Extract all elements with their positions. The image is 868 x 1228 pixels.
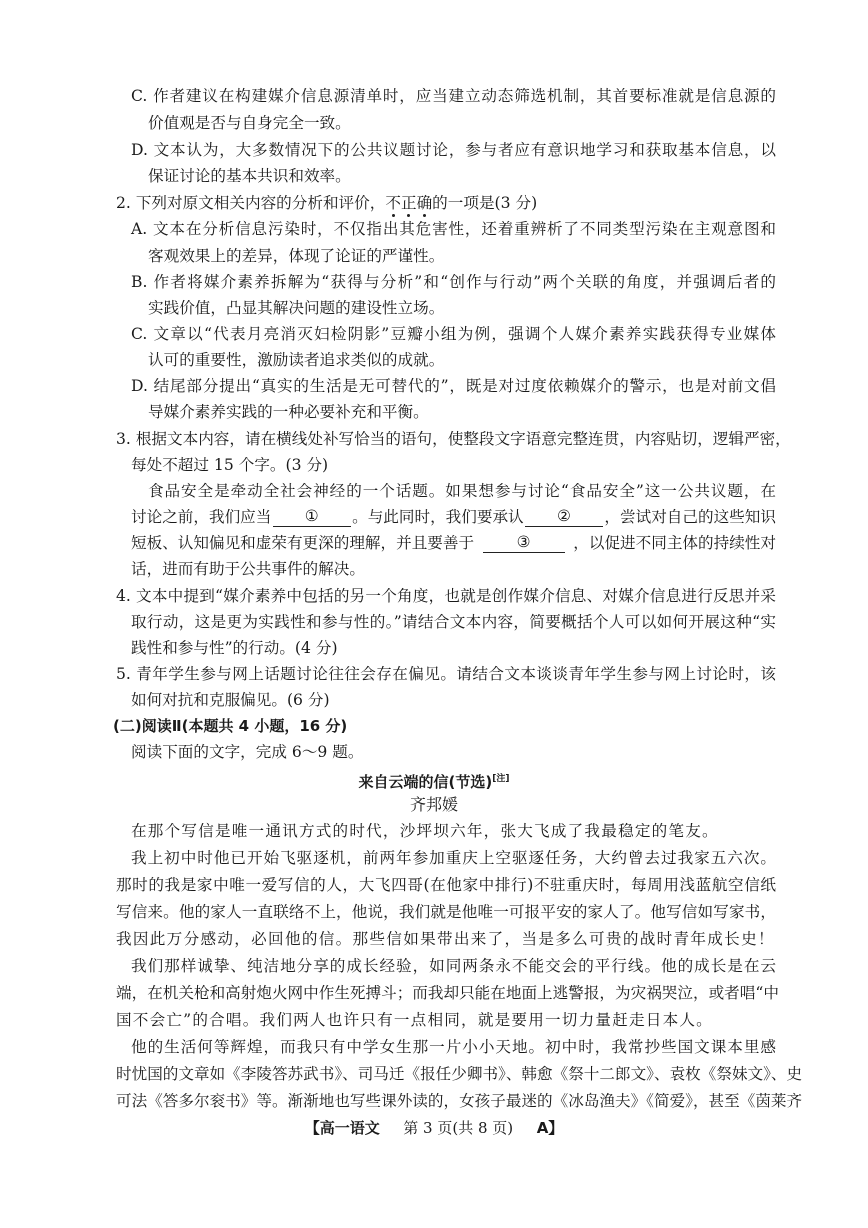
q3-stem-line2: 每处不超过 15 个字。(3 分): [131, 455, 328, 475]
section-instruction: 阅读下面的文字，完成 6～9 题。: [131, 742, 363, 762]
blank-1[interactable]: ①: [273, 507, 351, 527]
emphasis-char: 确: [417, 194, 433, 212]
passage-line: 可法《答多尔衮书》等。渐渐地也写些课外读的，女孩子最迷的《冰岛渔夫》《简爱》，甚…: [116, 1091, 776, 1111]
q2-option-b-line2: 实践价值，凸显其解决问题的建设性立场。: [148, 298, 444, 318]
section-heading: (二)阅读Ⅱ(本题共 4 小题，16 分): [113, 716, 347, 736]
q2-option-b-line1: B. 作者将媒介素养拆解为“获得与分析”和“创作与行动”两个关联的角度，并强调后…: [131, 272, 776, 292]
q3-stem-line1: 3. 根据文本内容，请在横线处补写恰当的语句，使整段文字语意完整连贯，内容贴切，…: [116, 429, 776, 449]
q3-passage-line2: 讨论之前，我们应当 ① 。与此同时，我们要承认 ② ，尝试对自己的这些知识: [131, 507, 776, 527]
passage-line: 那时的我是家中唯一爱写信的人，大飞四哥(在他家中排行)不驻重庆时，每周用浅蓝航空…: [116, 875, 776, 895]
passage-line: 在那个写信是唯一通讯方式的时代，沙坪坝六年，张大飞成了我最稳定的笔友。: [131, 821, 719, 841]
q2-option-c-line1: C. 文章以“代表月亮消灭妇检阴影”豆瓣小组为例，强调个人媒介素养实践获得专业媒…: [131, 324, 776, 344]
q1-option-d-line2: 保证讨论的基本共识和效率。: [148, 166, 351, 186]
passage-title: 来自云端的信(节选)[注]: [0, 769, 868, 792]
emphasis-char: 不: [385, 194, 401, 212]
q3-passage-line4: 话，进而有助于公共事件的解决。: [131, 559, 365, 579]
q5-line2: 如何对抗和克服偏见。(6 分): [131, 690, 330, 710]
passage-line: 他的生活何等辉煌，而我只有中学女生那一片小小天地。初中时，我常抄些国文课本里感: [131, 1037, 776, 1057]
note-marker: [注]: [492, 774, 509, 784]
footer-page-info: 第 3 页(共 8 页): [403, 1119, 513, 1137]
passage-line: 我上初中时他已开始飞驱逐机，前两年参加重庆上空驱逐任务，大约曾去过我家五六次。: [131, 848, 776, 868]
passage-line: 我们那样诚挚、纯洁地分享的成长经验，如同两条永不能交会的平行线。他的成长是在云: [131, 956, 776, 976]
page-footer: 【高一语文 第 3 页(共 8 页) A】: [0, 1118, 868, 1138]
q2-option-a-line2: 客观效果上的差异，体现了论证的严谨性。: [148, 246, 444, 266]
q1-option-c-line2: 价值观是否与自身完全一致。: [148, 113, 351, 133]
passage-line: 写信来。他的家人一直联络不上，他说，我们就是他唯一可报平安的家人了。他写信如写家…: [116, 902, 776, 922]
passage-line: 国不会亡”的合唱。我们两人也许只有一点相同，就是要用一切力量赶走日本人。: [116, 1010, 713, 1030]
emphasis-char: 正: [401, 194, 417, 212]
q2-option-d-line2: 导媒介素养实践的一种必要补充和平衡。: [148, 402, 429, 422]
passage-line: 时忧国的文章如《李陵答苏武书》、司马迁《报任少卿书》、韩愈《祭十二郎文》、袁枚《…: [116, 1064, 776, 1084]
footer-subject: 【高一语文: [305, 1119, 380, 1137]
passage-author: 齐邦媛: [0, 795, 868, 815]
q2-option-c-line2: 认可的重要性，激励读者追求类似的成就。: [148, 350, 444, 370]
q2-stem: 2. 下列对原文相关内容的分析和评价，不正确的一项是(3 分): [116, 193, 537, 213]
q2-option-d-line1: D. 结尾部分提出“真实的生活是无可替代的”，既是对过度依赖媒介的警示，也是对前…: [131, 376, 776, 396]
blank-2[interactable]: ②: [525, 507, 603, 527]
q4-line1: 4. 文本中提到“媒介素养中包括的另一个角度，也就是创作媒介信息、对媒介信息进行…: [116, 586, 776, 606]
blank-3[interactable]: ③: [483, 533, 565, 553]
q2-option-a-line1: A. 文本在分析信息污染时，不仅指出其危害性，还着重辨析了不同类型污染在主观意图…: [131, 219, 776, 239]
q3-passage-line1: 食品安全是牵动全社会神经的一个话题。如果想参与讨论“食品安全”这一公共议题，在: [148, 481, 776, 501]
q4-line3: 践性和参与性”的行动。(4 分): [131, 638, 338, 658]
q3-passage-line3: 短板、认知偏见和虚荣有更深的理解，并且要善于 ③ ，以促进不同主体的持续性对: [131, 533, 776, 553]
q5-line1: 5. 青年学生参与网上话题讨论往往会存在偏见。请结合文本谈谈青年学生参与网上讨论…: [116, 664, 776, 684]
passage-line: 我因此万分感动，必回他的信。那些信如果带出来了，当是多么可贵的战时青年成长史！: [116, 929, 775, 949]
q1-option-c-line1: C. 作者建议在构建媒介信息源清单时，应当建立动态筛选机制，其首要标准就是信息源…: [131, 86, 776, 106]
q1-option-d-line1: D. 文本认为，大多数情况下的公共议题讨论，参与者应有意识地学习和获取基本信息，…: [131, 140, 776, 160]
passage-line: 端，在机关枪和高射炮火网中作生死搏斗；而我却只能在地面上逃警报，为灾祸哭泣，或者…: [116, 983, 776, 1003]
footer-version: A】: [537, 1119, 564, 1137]
q4-line2: 取行动，这是更为实践性和参与性的。”请结合文本内容，简要概括个人可以如何开展这种…: [131, 612, 776, 632]
